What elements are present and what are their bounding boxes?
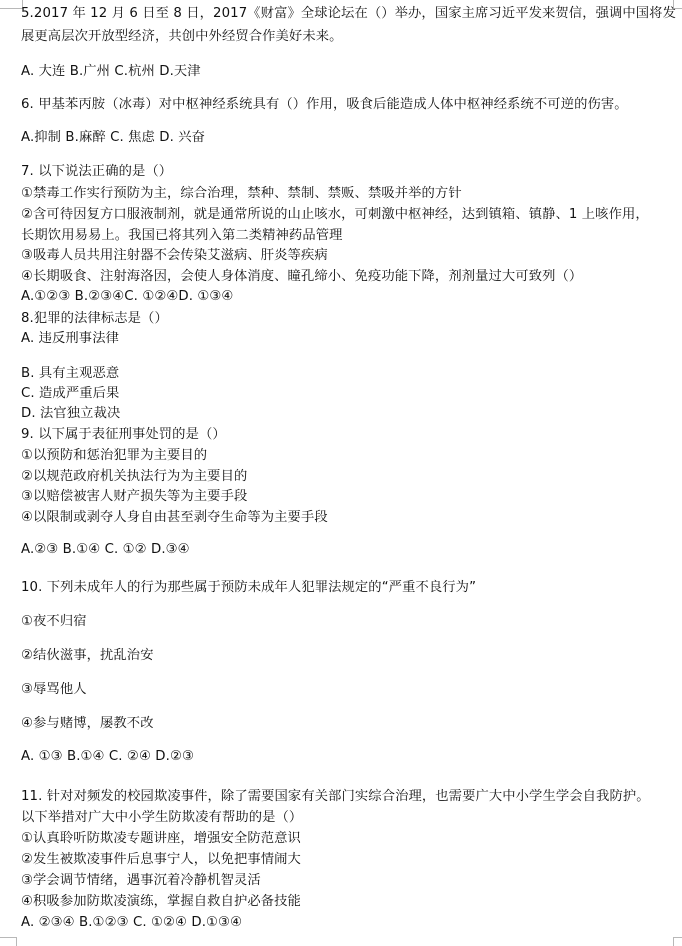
question-11-stem-line-2: 以下举措对广大中小学生防欺凌有帮助的是（）: [21, 809, 678, 827]
crop-mark-top-left: [0, 0, 23, 9]
question-9-item-2: ②以规范政府机关执法行为为主要目的: [21, 468, 678, 486]
question-7-item-1: ①禁毒工作实行预防为主，综合治理，禁种、禁制、禁贩、禁吸并举的方针: [21, 185, 678, 203]
question-8-option-a: A. 违反刑事法律: [21, 330, 678, 348]
question-8-option-c: C. 造成严重后果: [21, 385, 678, 403]
question-7-item-2-cont: 长期饮用易易上。我国已将其列入第二类精神药品管理: [21, 227, 678, 245]
question-10-options: A. ①③ B.①④ C. ②④ D.②③: [21, 748, 678, 766]
question-7-item-3: ③吸毒人员共用注射器不会传染艾滋病、肝炎等疾病: [21, 247, 678, 265]
question-11-item-1: ①认真聆听防欺凌专题讲座，增强安全防范意识: [21, 830, 678, 848]
question-7-item-2: ②含可待因复方口服液制剂，就是通常所说的山止咳水，可刺激中枢神经，达到镇箱、镇静…: [21, 206, 678, 224]
question-10-item-3: ③辱骂他人: [21, 681, 678, 699]
question-10-stem: 10. 下列未成年人的行为那些属于预防未成年人犯罪法规定的“严重不良行为”: [21, 579, 678, 597]
question-7-item-4: ④长期吸食、注射海洛因，会使人身体消度、瞳孔缔小、免疫功能下降，剂剂量过大可致列…: [21, 268, 678, 286]
question-5-stem-line-2: 展更高层次开放型经济，共创中外经贸合作美好未来。: [21, 28, 678, 46]
question-11-item-2: ②发生被欺凌事件后息事宁人，以免把事情闹大: [21, 851, 678, 869]
crop-mark-bottom-left: [0, 937, 17, 946]
question-8-stem: 8.犯罪的法律标志是（）: [21, 310, 678, 328]
question-11-options: A. ②③④ B.①②③ C. ①②④ D.①③④: [21, 914, 678, 932]
crop-mark-bottom-right: [673, 937, 682, 946]
question-8-option-d: D. 法官独立裁决: [21, 405, 678, 423]
question-9-item-3: ③以赔偿被害人财产损失等为主要手段: [21, 488, 678, 506]
question-9-stem: 9. 以下属于表征刑事处罚的是（）: [21, 426, 678, 444]
question-6-options: A.抑制 B.麻醉 C. 焦虑 D. 兴奋: [21, 129, 678, 147]
question-10-item-1: ①夜不归宿: [21, 613, 678, 631]
question-9-item-1: ①以预防和惩治犯罪为主要目的: [21, 447, 678, 465]
question-7-stem: 7. 以下说法正确的是（）: [21, 163, 678, 181]
question-7-options: A.①②③ B.②③④C. ①②④D. ①③④: [21, 288, 678, 306]
question-11-item-4: ④积吸参加防欺凌演练，掌握自救自护必备技能: [21, 893, 678, 911]
question-11-item-3: ③学会调节情绪，遇事沉着冷静机智灵活: [21, 872, 678, 890]
question-10-item-4: ④参与赌博，屡教不改: [21, 715, 678, 733]
question-5-options: A. 大连 B.广州 C.杭州 D.天津: [21, 63, 678, 81]
question-9-options: A.②③ B.①④ C. ①② D.③④: [21, 541, 678, 559]
question-5-stem-line-1: 5.2017 年 12 月 6 日至 8 日，2017《财富》全球论坛在（）举办…: [21, 5, 678, 23]
question-6-stem: 6. 甲基苯丙胺（冰毒）对中枢神经系统具有（）作用，吸食后能造成人体中枢神经系统…: [21, 96, 678, 114]
question-10-item-2: ②结伙滋事，扰乱治安: [21, 647, 678, 665]
question-8-option-b: B. 具有主观恶意: [21, 365, 678, 383]
question-9-item-4: ④以限制或剥夺人身自由甚至剥夺生命等为主要手段: [21, 509, 678, 527]
question-11-stem-line-1: 11. 针对对频发的校园欺凌事件，除了需要国家有关部门实综合治理，也需要广大中小…: [21, 788, 678, 806]
